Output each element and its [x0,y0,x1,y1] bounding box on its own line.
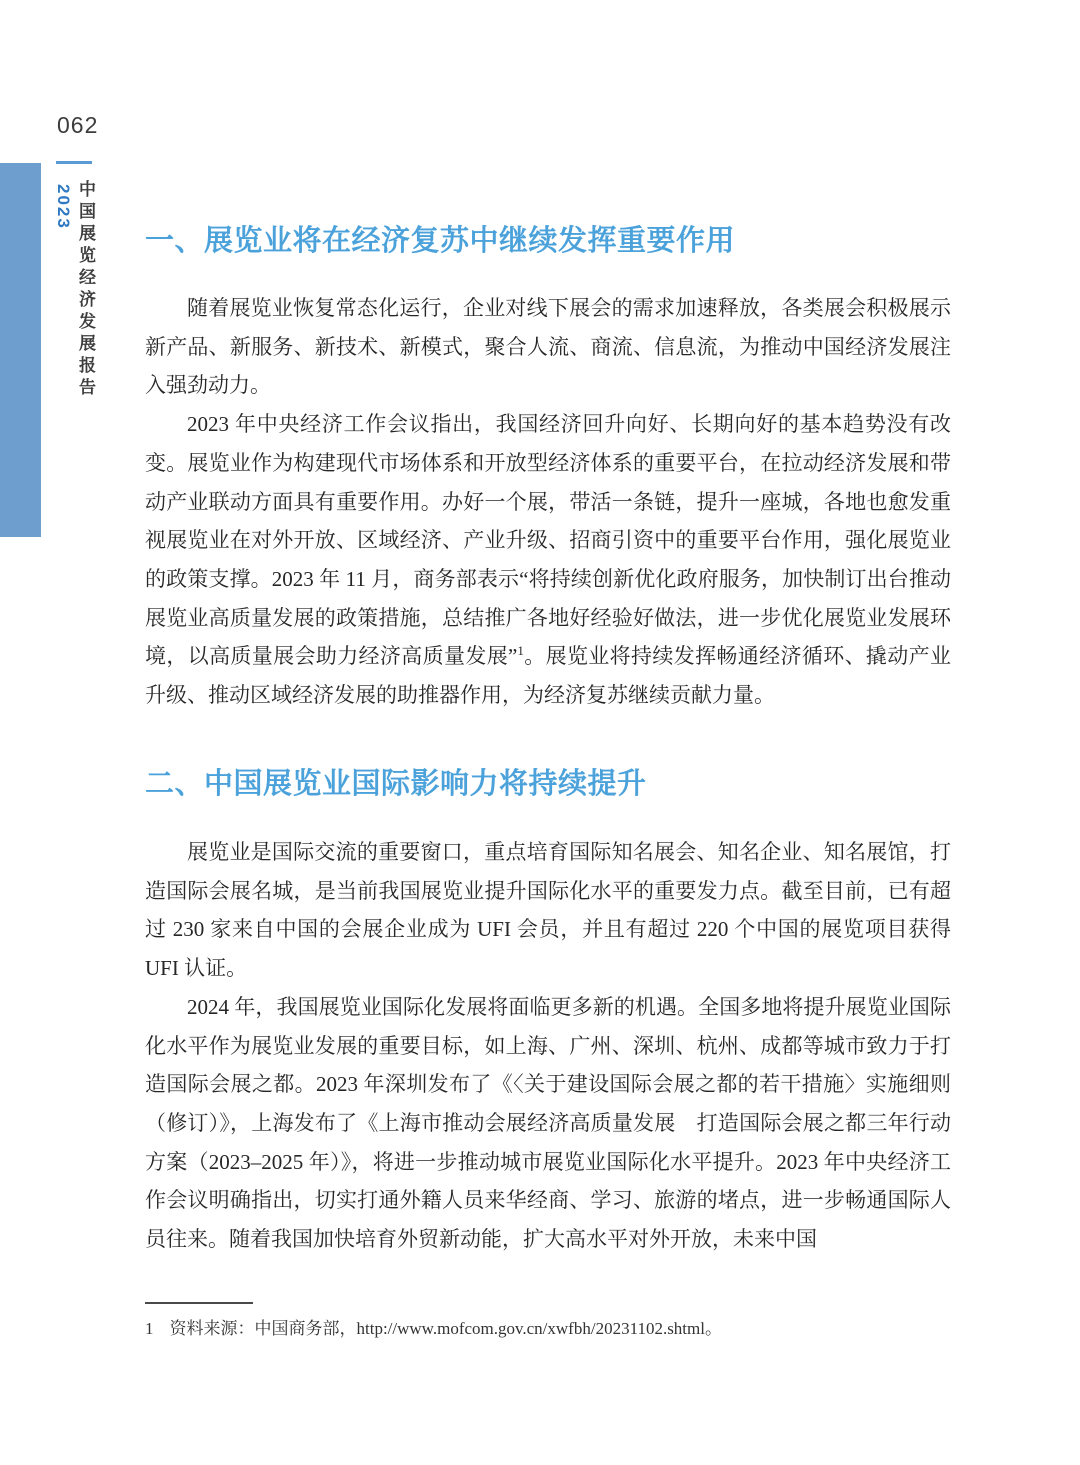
section-1-paragraph-1: 随着展览业恢复常态化运行，企业对线下展会的需求加速释放，各类展会积极展示新产品、… [145,289,951,405]
footnote-text: 资料来源：中国商务部，http://www.mofcom.gov.cn/xwfb… [170,1319,722,1338]
section-1-paragraph-2: 2023 年中央经济工作会议指出，我国经济回升向好、长期向好的基本趋势没有改变。… [145,405,951,715]
section-1-paragraph-2-text: 2023 年中央经济工作会议指出，我国经济回升向好、长期向好的基本趋势没有改变。… [145,412,951,668]
footnote-separator-rule [145,1302,253,1304]
section-2-paragraph-1: 展览业是国际交流的重要窗口，重点培育国际知名展会、知名企业、知名展馆，打造国际会… [145,833,951,988]
sidebar-title-text: 中国展览经济发展报告 [76,180,95,400]
footnote-marker: 1 [145,1315,154,1343]
section-1-body: 随着展览业恢复常态化运行，企业对线下展会的需求加速释放，各类展会积极展示新产品、… [145,289,951,715]
section-2-paragraph-2: 2024 年，我国展览业国际化发展将面临更多新的机遇。全国多地将提升展览业国际化… [145,988,951,1259]
section-2-body: 展览业是国际交流的重要窗口，重点培育国际知名展会、知名企业、知名展馆，打造国际会… [145,833,951,1259]
sidebar-year-text: 2023 [54,180,73,230]
section-2-heading: 二、中国展览业国际影响力将持续提升 [145,761,647,802]
footnote: 1资料来源：中国商务部，http://www.mofcom.gov.cn/xwf… [145,1315,951,1343]
page-number-rule [56,161,92,164]
section-1-heading: 一、展览业将在经济复苏中继续发挥重要作用 [145,218,735,259]
sidebar-vertical-title: 中国展览经济发展报告2023 [53,180,98,440]
page-number: 062 [57,112,98,139]
report-page: 062 中国展览经济发展报告2023 一、展览业将在经济复苏中继续发挥重要作用 … [0,0,1080,1465]
sidebar-accent-bar [0,163,41,537]
